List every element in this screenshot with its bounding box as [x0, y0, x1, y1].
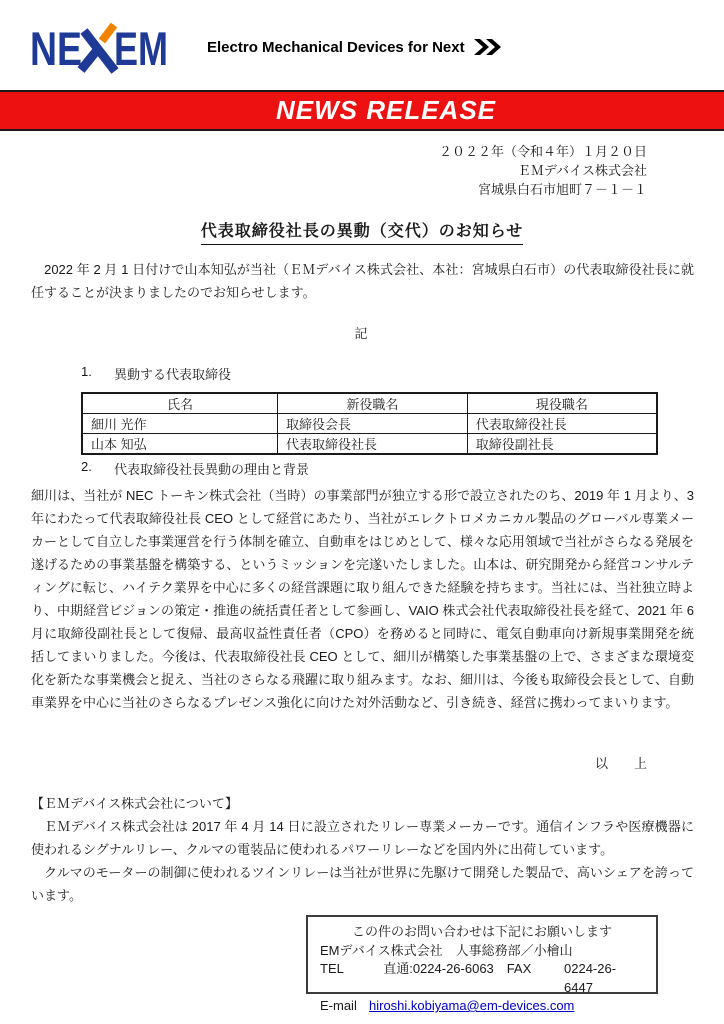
- table-row: 細川 光作取締役会長代表取締役社長: [82, 414, 657, 434]
- lead-paragraph: 2022 年 2 月 1 日付けで山本知弘が当社（ＥＭデバイス株式会社、本社：宮…: [31, 258, 694, 304]
- contact-intro: この件のお問い合わせは下記にお願いします: [320, 923, 644, 942]
- fax-value: 0224-26-6447: [564, 960, 644, 997]
- email-link[interactable]: hiroshi.kobiyama@em-devices.com: [369, 997, 574, 1016]
- about-section: 【ＥＭデバイス株式会社について】 ＥＭデバイス株式会社は 2017 年 4 月 …: [31, 792, 694, 907]
- double-chevron-icon: [474, 39, 502, 55]
- table-cell: 代表取締役社長: [278, 434, 468, 455]
- table-cell: 取締役会長: [278, 414, 468, 434]
- section1-heading-label: 異動する代表取締役: [114, 364, 231, 383]
- contact-box: この件のお問い合わせは下記にお願いします EMデバイス株式会社 人事総務部／小檜…: [306, 915, 658, 994]
- logo-x-stroke: [81, 49, 98, 70]
- logo-orange-accent: [102, 25, 114, 41]
- email-label: E-mail: [320, 997, 369, 1016]
- column-header-new-title: 新役職名: [278, 393, 468, 414]
- about-heading: 【ＥＭデバイス株式会社について】: [31, 792, 694, 815]
- contact-email-row: E-mail hiroshi.kobiyama@em-devices.com: [320, 997, 644, 1016]
- closing-marker: 以 上: [595, 753, 647, 772]
- section1-heading: 1. 異動する代表取締役: [81, 364, 231, 383]
- logo-letters-em: EM: [114, 22, 168, 75]
- title-wrap: 代表取締役社長の異動（交代）のお知らせ: [0, 218, 724, 245]
- table-cell: 山本 知弘: [82, 434, 278, 455]
- about-paragraph-1: ＥＭデバイス株式会社は 2017 年 4 月 14 日に設立されたリレー専業メー…: [31, 815, 694, 861]
- tel-value: 直通:0224-26-6063: [383, 960, 506, 997]
- section1-number: 1.: [81, 364, 114, 383]
- ki-marker: 記: [0, 323, 724, 342]
- nexem-logo-icon: NE EM: [30, 22, 170, 76]
- logo-letters-ne: NE: [30, 22, 82, 75]
- section2-number: 2.: [81, 459, 114, 478]
- issuer-address: 宮城県白石市旭町７－１－１: [439, 180, 647, 199]
- table-row: 山本 知弘代表取締役社長取締役副社長: [82, 434, 657, 455]
- nexem-logo: NE EM: [30, 22, 170, 76]
- news-release-label: NEWS RELEASE: [228, 95, 496, 126]
- table-header-row: 氏名 新役職名 現役職名: [82, 393, 657, 414]
- officer-table: 氏名 新役職名 現役職名 細川 光作取締役会長代表取締役社長山本 知弘代表取締役…: [81, 392, 658, 455]
- table-cell: 取締役副社長: [467, 434, 657, 455]
- officer-table-body: 細川 光作取締役会長代表取締役社長山本 知弘代表取締役社長取締役副社長: [82, 414, 657, 455]
- section2-heading: 2. 代表取締役社長異動の理由と背景: [81, 459, 309, 478]
- about-paragraph-2: クルマのモーターの制御に使われるツインリレーは当社が世界に先駆けて開発した製品で…: [31, 861, 694, 907]
- press-release-page: NE EM Electro Mechanical Devices for Nex…: [0, 0, 724, 1024]
- tel-label: TEL: [320, 960, 383, 997]
- column-header-current-title: 現役職名: [467, 393, 657, 414]
- tagline-text: Electro Mechanical Devices for Next: [207, 39, 465, 56]
- contact-department: EMデバイス株式会社 人事総務部／小檜山: [320, 942, 644, 961]
- section2-heading-label: 代表取締役社長異動の理由と背景: [114, 459, 309, 478]
- issuer-company: ＥＭデバイス株式会社: [439, 161, 647, 180]
- table-cell: 細川 光作: [82, 414, 278, 434]
- news-release-banner: NEWS RELEASE: [0, 90, 724, 131]
- logo-tagline: Electro Mechanical Devices for Next: [207, 37, 502, 57]
- fax-label: FAX: [507, 960, 564, 997]
- issuer-block: ２０２２年（令和４年）１月２０日 ＥＭデバイス株式会社 宮城県白石市旭町７－１－…: [439, 142, 647, 199]
- release-date: ２０２２年（令和４年）１月２０日: [439, 142, 647, 161]
- reason-paragraph: 細川は、当社が NEC トーキン株式会社（当時）の事業部門が独立する形で設立され…: [31, 484, 694, 714]
- contact-phone-row: TEL 直通:0224-26-6063 FAX 0224-26-6447: [320, 960, 644, 997]
- page-title: 代表取締役社長の異動（交代）のお知らせ: [201, 218, 524, 245]
- table-cell: 代表取締役社長: [467, 414, 657, 434]
- column-header-name: 氏名: [82, 393, 278, 414]
